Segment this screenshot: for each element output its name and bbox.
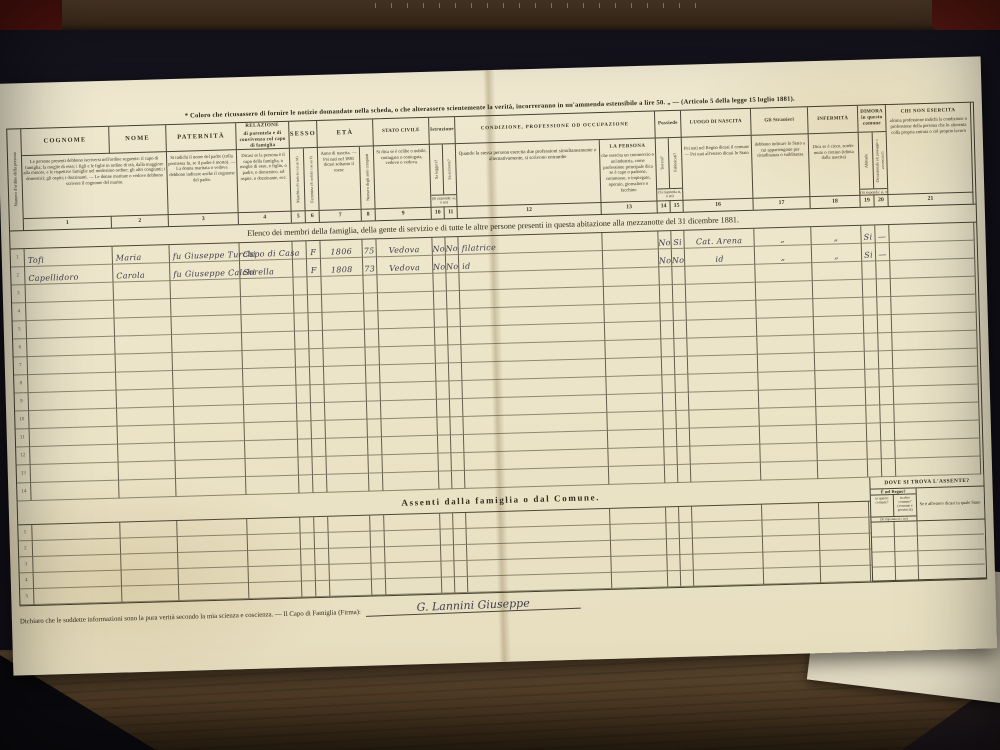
table-cell <box>892 313 977 333</box>
table-cell <box>328 516 370 533</box>
table-cell <box>329 564 371 581</box>
table-cell <box>176 477 246 497</box>
table-cell <box>452 471 465 489</box>
table-cell <box>605 339 661 359</box>
table-cell <box>448 345 461 363</box>
luogo-desc: Pei nati nel Regno dicasi il comune — Pe… <box>682 136 754 200</box>
table-cell <box>441 561 454 577</box>
col-chi-non-esercita: CHI NON ESERCITAalcuna professione indic… <box>886 103 973 194</box>
table-cell <box>755 263 812 283</box>
row-number: 10 <box>15 411 29 429</box>
table-cell <box>440 513 453 529</box>
head-of-family-signature: G. Lannini Giuseppe <box>366 595 581 617</box>
column-number: 5 <box>292 210 306 222</box>
dove-cell <box>872 537 895 553</box>
table-cell <box>818 460 868 479</box>
table-cell <box>384 514 440 532</box>
table-cell <box>380 364 436 384</box>
table-cell <box>295 331 309 349</box>
col-eta: ETÀ <box>317 119 374 148</box>
table-cell <box>371 547 385 563</box>
table-cell <box>604 285 660 305</box>
col-stranieri: Gli Stranieri <box>751 107 809 136</box>
table-cell <box>366 365 380 383</box>
table-cell <box>175 441 245 461</box>
table-cell <box>292 241 306 259</box>
table-cell <box>817 424 867 443</box>
col-cognome: COGNOME <box>21 127 110 156</box>
table-cell <box>301 533 315 549</box>
column-number: 14 <box>657 200 670 212</box>
table-cell <box>688 373 758 393</box>
table-cell: Sorella <box>240 260 293 279</box>
table-cell: Si <box>862 243 876 261</box>
ruler-marks <box>375 3 705 8</box>
table-cell <box>668 571 681 587</box>
table-cell <box>435 327 448 345</box>
table-cell <box>863 297 877 315</box>
table-cell: id <box>685 247 755 267</box>
table-cell <box>608 447 664 467</box>
table-cell <box>329 548 371 565</box>
table-cell <box>34 587 122 605</box>
table-cell <box>863 279 877 297</box>
table-cell <box>878 333 892 351</box>
col-sesso: SESSO <box>289 121 318 149</box>
dove-cell <box>919 564 985 581</box>
table-cell <box>367 401 381 419</box>
table-cell <box>323 348 365 367</box>
table-cell <box>330 580 372 597</box>
table-cell: „ <box>755 245 812 265</box>
table-cell <box>363 275 377 293</box>
table-cell <box>607 393 663 413</box>
row-number: 5 <box>20 589 34 605</box>
table-cell <box>605 321 661 341</box>
table-cell <box>324 366 366 385</box>
table-cell <box>758 371 815 391</box>
column-number: 18 <box>810 195 860 208</box>
table-cell <box>673 285 686 303</box>
row-number: 13 <box>17 465 31 483</box>
table-cell <box>178 535 248 553</box>
table-cell <box>679 507 692 523</box>
table-cell <box>380 382 436 402</box>
dove-cell <box>895 536 918 552</box>
table-cell <box>862 261 876 279</box>
table-cell <box>661 339 674 357</box>
row-number: 12 <box>16 447 30 465</box>
table-cell <box>121 553 178 571</box>
table-cell <box>894 403 979 423</box>
table-cell <box>468 573 612 593</box>
table-cell <box>433 273 446 291</box>
table-cell <box>365 329 379 347</box>
table-cell: fu Giuseppe Turchi <box>169 243 239 263</box>
table-cell <box>663 393 676 411</box>
table-cell <box>673 303 686 321</box>
table-cell <box>244 422 297 441</box>
table-cell <box>293 277 307 295</box>
table-cell <box>301 565 315 581</box>
row-number: 9 <box>15 393 29 411</box>
table-cell: No <box>659 249 672 267</box>
table-cell <box>693 537 763 555</box>
table-cell <box>694 569 764 587</box>
table-cell <box>690 445 760 465</box>
table-cell <box>678 465 691 483</box>
table-cell <box>116 371 173 391</box>
table-cell <box>175 423 245 443</box>
table-cell <box>890 259 975 279</box>
paternita-desc: Si indichi il nome del padre (colla prem… <box>167 150 239 214</box>
column-number: 2 <box>112 214 169 228</box>
table-cell <box>246 476 299 495</box>
table-cell <box>686 301 756 321</box>
table-cell <box>607 411 663 431</box>
dove-q1: in questo comune? <box>871 495 895 517</box>
table-cell <box>249 566 302 583</box>
table-cell <box>242 332 295 351</box>
column-number: 10 <box>432 206 445 218</box>
table-cell <box>894 385 979 405</box>
table-cell <box>114 299 171 319</box>
table-cell <box>381 400 437 420</box>
row-number: 6 <box>13 339 27 357</box>
col-nome: NOME <box>109 125 167 154</box>
table-cell: 1808 <box>321 258 363 277</box>
column-number: 8 <box>362 208 376 220</box>
table-cell <box>758 353 815 373</box>
table-cell <box>434 309 447 327</box>
table-cell <box>312 457 326 475</box>
table-cell <box>879 351 893 369</box>
table-cell: 1806 <box>320 240 362 259</box>
column-number: 7 <box>320 209 362 222</box>
table-cell <box>174 405 244 425</box>
table-cell <box>315 549 329 565</box>
table-cell <box>693 553 763 571</box>
table-cell <box>316 581 330 597</box>
table-cell <box>820 534 870 551</box>
table-cell <box>301 549 315 565</box>
column-number: 16 <box>683 198 753 212</box>
istruzione-sub: Sa leggere? Sa scrivere? (Si risponda: s… <box>430 144 458 207</box>
table-cell <box>309 331 323 349</box>
table-cell <box>454 529 467 545</box>
table-cell <box>662 375 675 393</box>
table-cell <box>321 276 363 295</box>
table-cell <box>666 523 679 539</box>
row-number: 2 <box>11 267 25 285</box>
table-cell <box>664 447 677 465</box>
column-number: 6 <box>306 210 320 222</box>
table-cell <box>680 555 693 571</box>
table-cell <box>664 429 677 447</box>
table-cell <box>813 298 863 317</box>
table-cell <box>315 565 329 581</box>
table-cell <box>686 283 756 303</box>
table-cell <box>675 375 688 393</box>
red-cover-right <box>932 0 1000 33</box>
table-cell <box>242 350 295 369</box>
table-cell <box>762 519 819 537</box>
table-cell <box>441 529 454 545</box>
table-cell <box>880 405 894 423</box>
table-cell <box>819 502 869 519</box>
table-cell <box>173 369 243 389</box>
dove-estero: Se è all'estero dicasi in quale Stato <box>917 486 984 520</box>
row-number: 11 <box>16 429 30 447</box>
dove-regno: È nel Regno? in questo comune? in altro … <box>871 488 918 521</box>
dove-cell <box>872 552 895 568</box>
dimora-sub: Abituale Occasionale (di passaggio o avv… <box>859 132 889 195</box>
table-cell <box>756 281 813 301</box>
table-cell <box>864 333 878 351</box>
table-cell: fu Giuseppe Calchi <box>170 261 240 281</box>
row-number: 5 <box>13 321 27 339</box>
table-cell: No <box>433 255 446 273</box>
table-cell <box>299 475 313 493</box>
table-cell <box>436 381 449 399</box>
row-number: 1 <box>18 525 32 541</box>
table-cell <box>820 550 870 567</box>
table-cell: „ <box>811 226 861 245</box>
table-cell <box>868 459 882 477</box>
col-possiede: Possiede <box>655 111 682 139</box>
table-cell <box>674 321 687 339</box>
table-cell <box>310 367 324 385</box>
table-cell <box>114 281 171 301</box>
table-cell <box>307 277 321 295</box>
table-cell <box>382 436 438 456</box>
table-cell <box>814 316 864 335</box>
column-number: 13 <box>601 200 657 214</box>
table-cell: Maria <box>113 245 170 265</box>
table-cell <box>309 349 323 367</box>
table-cell <box>381 418 437 438</box>
table-cell <box>814 334 864 353</box>
table-cell <box>877 279 891 297</box>
table-cell <box>385 546 441 564</box>
row-number: 3 <box>12 285 26 303</box>
table-cell <box>323 330 365 349</box>
table-cell <box>176 459 246 479</box>
table-cell <box>892 331 977 351</box>
col-paternita: PATERNITÀ <box>166 123 237 152</box>
table-cell <box>756 299 813 319</box>
table-cell <box>245 440 298 459</box>
table-cell <box>364 311 378 329</box>
table-cell <box>606 375 662 395</box>
present-rows: 1TofiMariafu Giuseppe TurchiCapo di Casa… <box>11 223 984 502</box>
table-cell: Vedova <box>377 256 433 276</box>
table-cell <box>661 321 674 339</box>
dove-rows <box>871 518 986 582</box>
table-cell <box>302 581 316 597</box>
table-cell <box>121 537 178 555</box>
paper-sheet: * Coloro che ricusassero di fornire le n… <box>0 56 997 675</box>
column-number: 21 <box>888 192 973 206</box>
stranieri-desc: debbono indicare lo Stato a cui apparten… <box>752 134 811 198</box>
table-cell <box>172 333 242 353</box>
table-cell <box>663 411 676 429</box>
table-cell <box>604 303 660 323</box>
table-cell <box>249 582 302 599</box>
table-cell: — <box>875 225 889 243</box>
table-cell <box>689 391 759 411</box>
table-cell <box>308 295 322 313</box>
table-cell <box>325 420 367 439</box>
table-cell <box>179 583 249 601</box>
table-cell <box>122 569 179 587</box>
table-cell <box>326 438 368 457</box>
table-cell <box>662 357 675 375</box>
table-cell <box>866 405 880 423</box>
table-cell <box>610 523 666 541</box>
table-cell <box>762 503 819 521</box>
table-cell <box>244 404 297 423</box>
table-cell <box>449 363 462 381</box>
table-cell <box>447 309 460 327</box>
ruler-edge <box>0 0 1000 30</box>
column-number: 15 <box>670 200 683 212</box>
dove-cell <box>896 566 919 582</box>
table-cell <box>680 539 693 555</box>
table-cell <box>688 355 758 375</box>
table-cell <box>365 347 379 365</box>
table-cell <box>449 381 462 399</box>
col-infermita: INFERMITÀ <box>808 106 859 134</box>
table-cell <box>120 521 177 539</box>
table-cell <box>757 317 814 337</box>
declaration-text: Dichiaro che le suddette informazioni so… <box>20 609 361 626</box>
table-cell: F <box>306 241 320 259</box>
row-number: 3 <box>19 557 33 573</box>
table-cell <box>177 519 247 537</box>
table-cell <box>611 539 667 557</box>
table-cell: 75 <box>362 239 376 257</box>
table-cell <box>116 353 173 373</box>
column-number: 4 <box>239 211 292 224</box>
table-cell <box>117 407 174 427</box>
table-cell <box>118 425 175 445</box>
table-cell <box>895 421 980 441</box>
table-cell <box>602 231 658 251</box>
table-cell <box>891 295 976 315</box>
table-cell <box>690 427 760 447</box>
table-cell <box>441 545 454 561</box>
table-cell <box>603 267 659 287</box>
table-cell <box>880 387 894 405</box>
table-cell <box>312 439 326 457</box>
dove-cell <box>873 567 896 583</box>
table-cell <box>674 339 687 357</box>
row-number: 1 <box>11 249 25 267</box>
table-cell <box>297 403 311 421</box>
table-cell <box>296 367 310 385</box>
persona-desc: LA PERSONAche esercita un commercio o un… <box>600 138 658 202</box>
table-cell: 73 <box>363 257 377 275</box>
table-cell <box>878 315 892 333</box>
table-cell <box>297 421 311 439</box>
table-cell: F <box>307 259 321 277</box>
table-cell <box>606 357 662 377</box>
table-cell <box>895 439 980 459</box>
table-cell: No <box>432 237 445 255</box>
table-cell <box>865 369 879 387</box>
table-cell <box>246 458 299 477</box>
table-cell <box>889 223 974 243</box>
table-cell <box>294 295 308 313</box>
table-cell <box>676 393 689 411</box>
table-cell <box>691 463 761 483</box>
relazione-desc: Dicasi se la persona è il capo della fam… <box>237 149 292 212</box>
col-luogo-nascita: LUOGO DI NASCITA <box>681 109 752 138</box>
table-cell <box>174 387 244 407</box>
table-cell <box>325 402 367 421</box>
table-cell <box>446 273 459 291</box>
table-cell <box>890 241 975 261</box>
table-cell <box>367 419 381 437</box>
table-cell <box>455 577 468 593</box>
table-cell <box>119 479 176 499</box>
table-cell: Si <box>671 231 684 249</box>
table-cell <box>867 441 881 459</box>
table-cell <box>877 297 891 315</box>
table-cell <box>377 274 433 294</box>
table-cell <box>612 571 668 589</box>
table-cell <box>896 457 981 477</box>
table-cell <box>764 567 821 585</box>
table-cell <box>115 317 172 337</box>
table-cell <box>293 259 307 277</box>
table-cell <box>816 388 866 407</box>
table-cell <box>893 367 978 387</box>
table-cell <box>436 363 449 381</box>
table-cell <box>667 539 680 555</box>
row-number: 8 <box>14 375 28 393</box>
table-cell <box>439 471 452 489</box>
table-cell <box>329 532 371 549</box>
table-cell <box>294 313 308 331</box>
table-cell <box>610 507 666 525</box>
table-cell <box>368 437 382 455</box>
table-cell <box>687 337 757 357</box>
table-cell <box>178 551 248 569</box>
table-cell <box>609 465 665 485</box>
table-cell <box>692 521 762 539</box>
table-cell <box>867 423 881 441</box>
table-cell <box>692 505 762 523</box>
table-cell <box>366 383 380 401</box>
table-cell <box>248 534 301 551</box>
table-cell <box>667 555 680 571</box>
col-stato-civile: STATO CIVILE <box>373 118 430 147</box>
sesso-sub: Maschio (Si indichi con un M) Femmina (S… <box>290 148 320 211</box>
table-cell <box>660 303 673 321</box>
table-cell <box>757 335 814 355</box>
table-cell: „ <box>812 244 862 263</box>
table-cell <box>438 453 451 471</box>
column-number: 19 <box>860 194 874 206</box>
table-cell <box>603 249 659 269</box>
table-cell <box>243 368 296 387</box>
table-cell <box>866 387 880 405</box>
table-cell <box>677 447 690 465</box>
table-cell <box>314 517 328 533</box>
table-cell <box>821 566 871 583</box>
